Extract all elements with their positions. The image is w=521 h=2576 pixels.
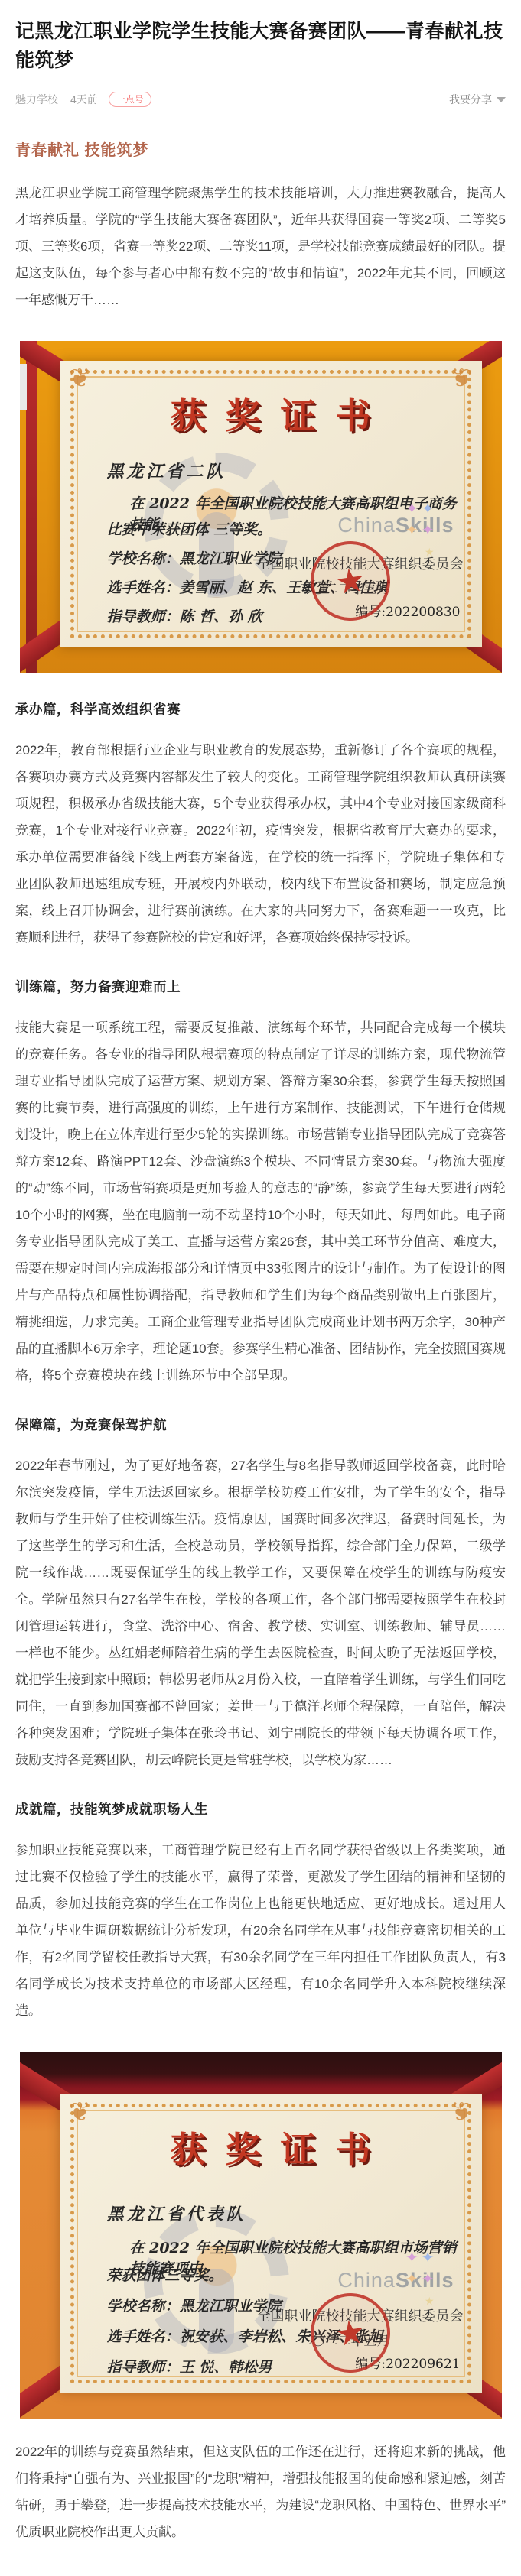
section-paragraph: 技能大赛是一项系统工程，需要反复推敲、演练每个环节，共同配合完成每一个模块的竞赛… <box>15 1014 506 1389</box>
section-paragraph: 2022年春节刚过，为了更好地备赛，27名学生与8名指导教师返回学校备赛，此时哈… <box>15 1452 506 1773</box>
chinaskills-watermark: ChinaSkills <box>337 514 454 537</box>
photo-edge-decoration <box>26 341 37 673</box>
certificate-team-name: 黑龙江省二队 <box>107 459 226 482</box>
section-heading-baozhang: 保障篇，为竞赛保驾护航 <box>15 1415 506 1434</box>
award-certificate-photo-2[interactable]: ❦ ❦ 获奖证书 黑龙江省代表队 在 2022 年全国职业院校技能大赛高职组市场… <box>20 2052 502 2419</box>
chinaskills-watermark: ChinaSkills <box>337 2269 454 2292</box>
certificate-school: 学校名称：黑龙江职业学院 <box>107 2295 282 2315</box>
section-heading-chengjiu: 成就篇，技能筑梦成就职场人生 <box>15 1799 506 1818</box>
section-paragraph: 2022年，教育部根据行业企业与职业教育的发展态势，重新修订了各个赛项的规程，各… <box>15 737 506 951</box>
section-heading-chengban: 承办篇，科学高效组织省赛 <box>15 699 506 719</box>
article-page: 记黑龙江职业学院学生技能大赛备赛团队——青春献礼技能筑梦 魅力学校 4天前 一点… <box>0 0 521 2576</box>
section-paragraph: 参加职业技能竞赛以来，工商管理学院已经有上百名同学获得省级以上各类奖项，通过比赛… <box>15 1837 506 2024</box>
intro-paragraph: 黑龙江职业学院工商管理学院聚焦学生的技术技能培训，大力推进赛教融合，提高人才培养… <box>15 180 506 313</box>
award-certificate-photo-1[interactable]: ❦ ❦ 获奖证书 黑龙江省二队 在 2022 年全国职业院校技能大赛高职组电子商… <box>20 341 502 673</box>
photo-edge-decoration <box>20 364 27 410</box>
yidianhao-badge[interactable]: 一点号 <box>109 92 151 107</box>
certificate-title: 获奖证书 <box>60 2122 482 2172</box>
share-label: 我要分享 <box>449 92 492 107</box>
certificate-body-line2: 比赛中荣获团体 三等奖。 <box>107 518 272 539</box>
section-heading-xunlian: 训练篇，努力备赛迎难而上 <box>15 977 506 996</box>
certificate-team-name: 黑龙江省代表队 <box>107 2201 246 2225</box>
publish-time: 4天前 <box>70 92 98 107</box>
source-account-link[interactable]: 魅力学校 <box>15 92 58 107</box>
certificate-page: ❦ ❦ 获奖证书 黑龙江省代表队 在 2022 年全国职业院校技能大赛高职组市场… <box>60 2094 482 2393</box>
article-meta: 魅力学校 4天前 一点号 我要分享 <box>15 92 506 107</box>
certificate-school: 学校名称：黑龙江职业学院 <box>107 547 282 568</box>
page-title: 记黑龙江职业学院学生技能大赛备赛团队——青春献礼技能筑梦 <box>15 17 506 75</box>
certificate-body-line2: 荣获团体三等奖。 <box>107 2264 223 2285</box>
certificate-teachers: 指导教师：陈 哲、孙 欣 <box>107 605 262 626</box>
lead-heading: 青春献礼 技能筑梦 <box>15 138 506 160</box>
certificate-teachers: 指导教师：王 悦、韩松男 <box>107 2356 272 2376</box>
chevron-down-icon <box>497 97 506 102</box>
certificate-page: ❦ ❦ 获奖证书 黑龙江省二队 在 2022 年全国职业院校技能大赛高职组电子商… <box>60 361 482 647</box>
share-button[interactable]: 我要分享 <box>449 92 506 107</box>
closing-paragraph: 2022年的训练与竞赛虽然结束，但这支队伍的工作还在进行，还将迎来新的挑战，他们… <box>15 2438 506 2545</box>
certificate-title: 获奖证书 <box>60 388 482 439</box>
